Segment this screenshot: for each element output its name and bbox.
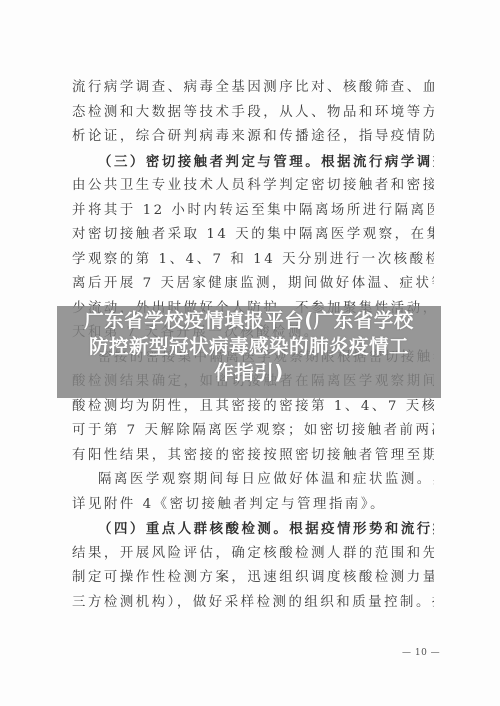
text-line: 流行病学调查、病毒全基因测序比对、核酸筛查、血清抗体动 <box>72 78 434 98</box>
text-line: 制定可操作性检测方案，迅速组织调度核酸检测力量（包括第 <box>72 568 434 588</box>
text-line: 由公共卫生专业技术人员科学判定密切接触者和密接的密接， <box>72 176 434 196</box>
text-line: 三方检测机构），做好采样检测的组织和质量控制。按照涉疫 <box>72 593 434 613</box>
page-number: — 10 — <box>402 648 440 658</box>
text-line: 详见附件 4《密切接触者判定与管理指南》。 <box>72 495 434 515</box>
text-line: 可于第 7 天解除隔离医学观察；如密切接触者前两次核酸检测 <box>72 421 434 441</box>
text-line: 析论证，综合研判病毒来源和传播途径，指导疫情防控工作。 <box>72 127 434 147</box>
overlay-title-line: 作指引) <box>57 360 441 386</box>
overlay-title-line: 防控新型冠状病毒感染的肺炎疫情工 <box>57 334 441 360</box>
overlay-title: 广东省学校疫情填报平台(广东省学校 防控新型冠状病毒感染的肺炎疫情工 作指引) <box>57 308 441 386</box>
text-line: 对密切接触者采取 14 天的集中隔离医学观察，在集中隔离医 <box>72 225 434 245</box>
section-heading-4: （四）重点人群核酸检测。根据疫情形势和流行病学调查 <box>98 519 434 539</box>
text-line: 学观察的第 1、4、7 和 14 天分别进行一次核酸检测。解除隔 <box>72 250 434 270</box>
text-line: 有阳性结果，其密接的密接按照密切接触者管理至期满 14 天。 <box>72 446 434 466</box>
text-line: 并将其于 12 小时内转运至集中隔离场所进行隔离医学观察。 <box>72 201 434 221</box>
section-heading-3: （三）密切接触者判定与管理。根据流行病学调查结果， <box>98 152 434 172</box>
text-line: 结果，开展风险评估，确定核酸检测人群的范围和先后次序， <box>72 544 434 564</box>
overlay-title-line: 广东省学校疫情填报平台(广东省学校 <box>57 308 441 334</box>
text-line: 酸检测均为阴性，且其密接的密接第 1、4、7 天核酸检测阴性， <box>72 397 434 417</box>
text-line: 隔离医学观察期间每日应做好体温和症状监测。具体内容 <box>98 470 434 490</box>
text-line: 离后开展 7 天居家健康监测，期间做好体温、症状等监测，减 <box>72 274 434 294</box>
text-line: 态检测和大数据等技术手段，从人、物品和环境等方面逐一分 <box>72 103 434 123</box>
